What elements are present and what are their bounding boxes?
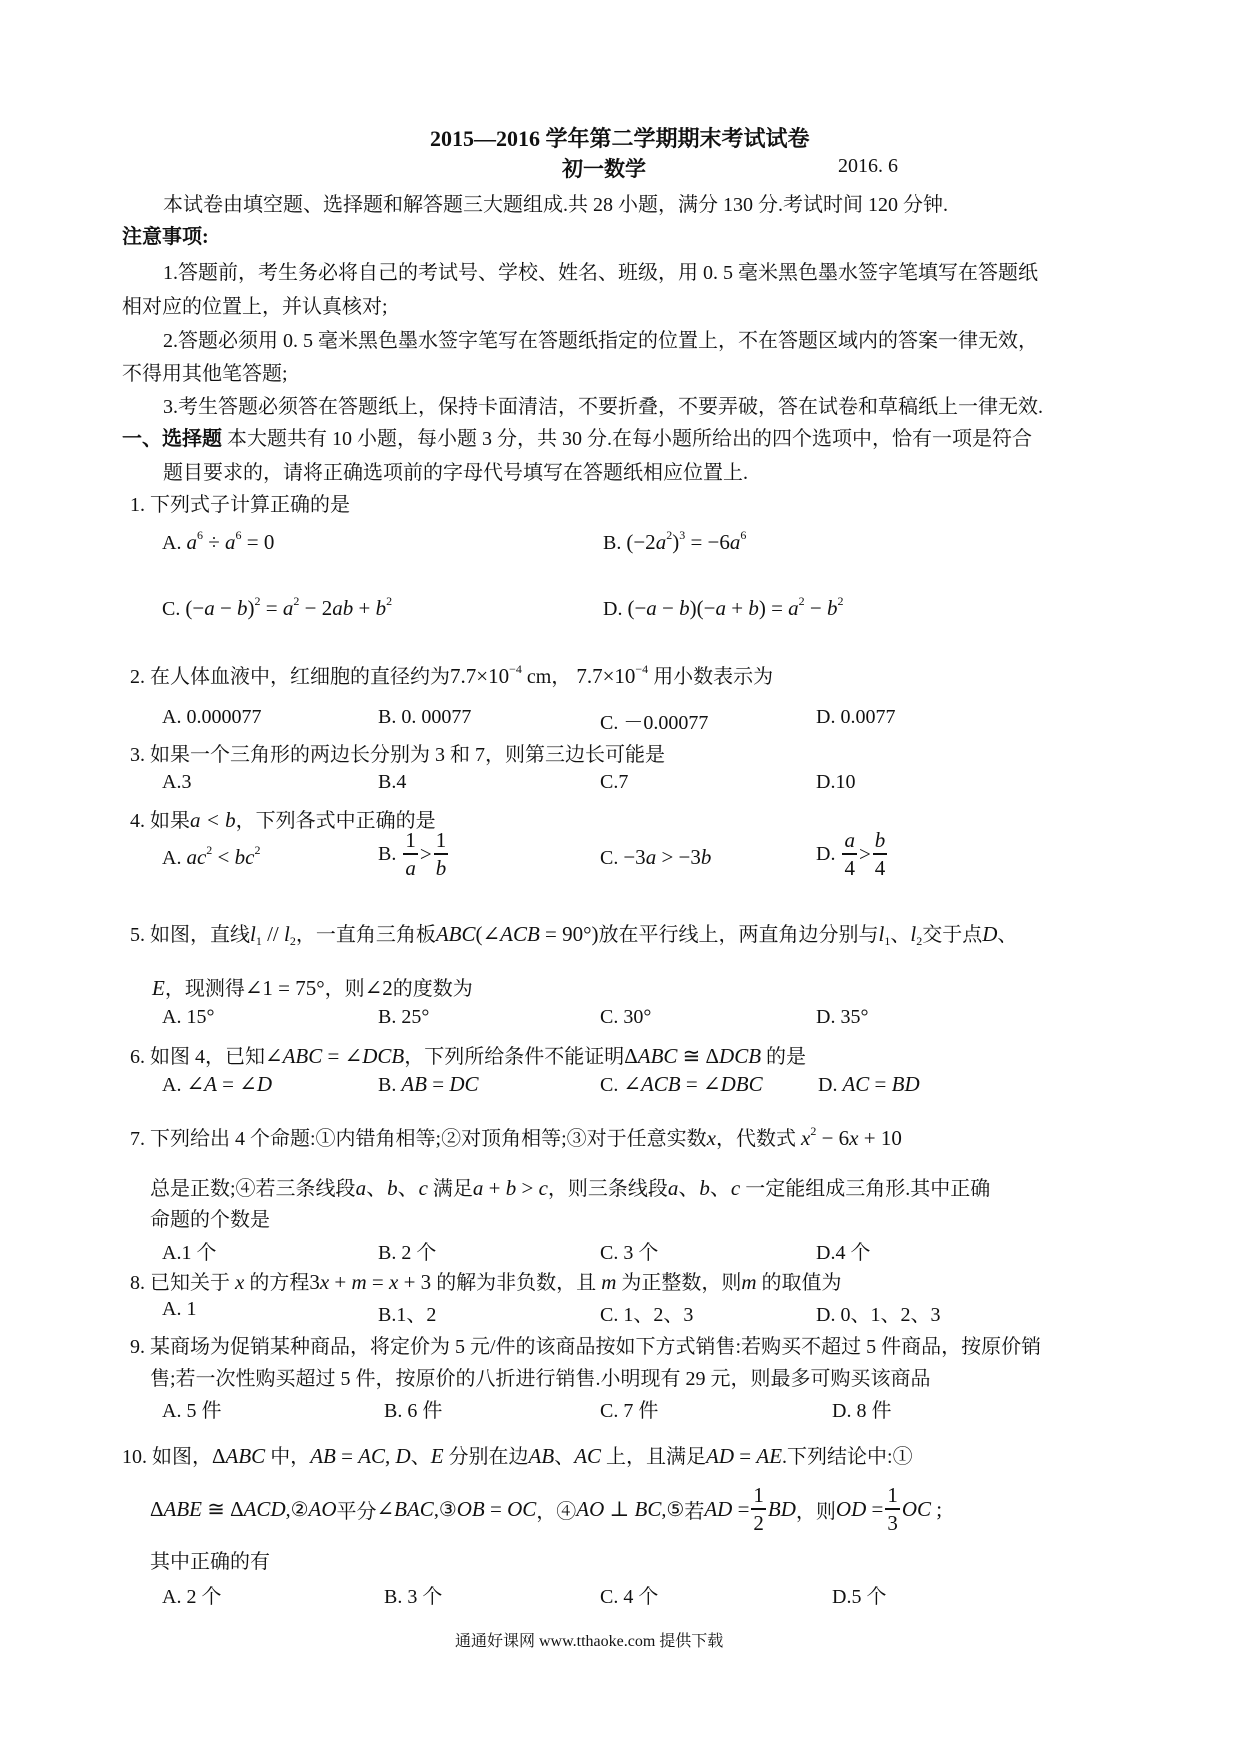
q8-option-c[interactable]: C. 1、2、3: [600, 1298, 693, 1327]
q4-option-b[interactable]: B. 1a>1b: [378, 830, 450, 879]
q8-option-b[interactable]: B.1、2: [378, 1298, 436, 1327]
question-number: 2.: [130, 666, 145, 688]
question-stem: 放在平行线上，两直角边分别与: [599, 924, 879, 946]
q4-option-c[interactable]: C. −3a > −3b: [600, 845, 711, 870]
question-stem: ，下列所给条件不能证明: [404, 1046, 624, 1068]
option-letter: A.: [162, 532, 181, 554]
question-stem: 总是正数;④若三条线段: [150, 1178, 356, 1200]
exam-page: 2015—2016 学年第二学期期末考试试卷 初一数学 2016. 6 本试卷由…: [0, 0, 1240, 1754]
question-stem: cm，: [527, 666, 571, 688]
exam-title: 2015—2016 学年第二学期期末考试试卷: [430, 122, 810, 153]
option-letter: D.: [816, 843, 835, 865]
q7-option-b[interactable]: B. 2 个: [378, 1236, 436, 1265]
question-stem: 在人体血液中，红细胞的直径约为: [150, 666, 450, 688]
question-stem: 的方程: [249, 1272, 309, 1294]
question-stem: 交于点: [922, 924, 982, 946]
page-footer: 通通好课网 www.tthaoke.com 提供下载: [455, 1628, 723, 1651]
question-stem: 上，且满足: [606, 1446, 706, 1468]
exam-intro: 本试卷由填空题、选择题和解答题三大题组成.共 28 小题，满分 130 分.考试…: [163, 188, 948, 217]
q6-option-d[interactable]: D. AC = BD: [818, 1072, 920, 1097]
question-stem: 若: [684, 1501, 704, 1523]
question-4: 4. 如果a < b，下列各式中正确的是: [130, 804, 436, 833]
question-stem: ，则: [325, 978, 365, 1000]
question-number: 6.: [130, 1046, 145, 1068]
question-stem: 下列式子计算正确的是: [150, 494, 350, 516]
question-3: 3. 如果一个三角形的两边长分别为 3 和 7，则第三边长可能是: [130, 738, 665, 767]
section-name: 选择题: [162, 428, 222, 450]
question-5-line-2: E，现测得∠1 = 75°，则∠2的度数为: [152, 972, 473, 1001]
question-7: 7. 下列给出 4 个命题:①内错角相等;②对顶角相等;③对于任意实数x，代数式…: [130, 1122, 902, 1151]
note-1-line-1: 1.答题前，考生务必将自己的考试号、学校、姓名、班级，用 0. 5 毫米黑色墨水…: [163, 256, 1038, 285]
note-3: 3.考生答题必须答在答题纸上，保持卡面清洁，不要折叠，不要弄破，答在试卷和草稿纸…: [163, 390, 1043, 419]
question-10-line-3: 其中正确的有: [150, 1545, 270, 1574]
q7-option-d[interactable]: D.4 个: [816, 1236, 870, 1265]
q3-option-b[interactable]: B.4: [378, 771, 406, 794]
q1-option-d[interactable]: D. (−a − b)(−a + b) = a2 − b2: [603, 596, 844, 621]
section-desc: 本大题共有 10 小题，每小题 3 分，共 30 分.在每小题所给出的四个选项中…: [227, 428, 1032, 450]
q9-option-b[interactable]: B. 6 件: [384, 1394, 442, 1423]
q2-option-b[interactable]: B. 0. 00077: [378, 706, 471, 729]
option-letter: C.: [600, 1074, 618, 1096]
question-stem: 如图，直线: [150, 924, 250, 946]
option-letter: B.: [378, 843, 396, 865]
question-number: 8.: [130, 1272, 145, 1294]
question-9: 9. 某商场为促销某种商品，将定价为 5 元/件的该商品按如下方式销售:若购买不…: [130, 1330, 1041, 1359]
section-desc-line-2: 题目要求的，请将正确选项前的字母代号填写在答题纸相应位置上.: [163, 456, 748, 485]
question-stem: 下列给出 4 个命题:①内错角相等;②对顶角相等;③对于任意实数: [150, 1128, 707, 1150]
question-number: 9.: [130, 1336, 145, 1358]
note-1-line-2: 相对应的位置上，并认真核对;: [122, 290, 388, 319]
q3-option-a[interactable]: A.3: [162, 771, 191, 794]
question-8: 8. 已知关于 x 的方程3x + m = x + 3 的解为非负数，且 m 为…: [130, 1266, 842, 1295]
question-stem: ，现测得: [165, 978, 245, 1000]
q4-option-a[interactable]: A. ac2 < bc2: [162, 845, 260, 870]
q1-option-b[interactable]: B. (−2a2)3 = −6a6: [603, 530, 746, 555]
q5-option-a[interactable]: A. 15°: [162, 1006, 214, 1029]
q4-option-d[interactable]: D. a4>b4: [816, 830, 889, 879]
q10-option-b[interactable]: B. 3 个: [384, 1580, 442, 1609]
q2-option-c[interactable]: C. －0.00077: [600, 706, 708, 735]
q3-option-c[interactable]: C.7: [600, 771, 628, 794]
math-condition: a < b: [190, 808, 236, 832]
q8-option-a[interactable]: A. 1: [162, 1298, 196, 1321]
question-stem: 为正整数，则: [621, 1272, 741, 1294]
q2-option-d[interactable]: D. 0.0077: [816, 706, 895, 729]
q7-option-a[interactable]: A.1 个: [162, 1236, 216, 1265]
q5-option-b[interactable]: B. 25°: [378, 1006, 429, 1029]
question-stem: 、: [997, 924, 1017, 946]
sci-exp: −4: [635, 662, 648, 676]
question-stem: 如图，: [152, 1446, 212, 1468]
question-stem: 的是: [766, 1046, 806, 1068]
question-stem: 已知关于: [150, 1272, 230, 1294]
option-letter: A.: [162, 847, 181, 869]
question-5: 5. 如图，直线l1 // l2，一直角三角板ABC(∠ACB = 90°)放在…: [130, 918, 1017, 947]
question-number: 10.: [122, 1446, 147, 1468]
notes-heading: 注意事项:: [122, 220, 209, 249]
option-letter: A.: [162, 1074, 181, 1096]
question-stem: 某商场为促销某种商品，将定价为 5 元/件的该商品按如下方式销售:若购买不超过 …: [150, 1336, 1041, 1358]
question-10: 10. 如图，ΔABC 中，AB = AC, D、E 分别在边AB、AC 上，且…: [122, 1440, 913, 1469]
option-letter: B.: [378, 1074, 396, 1096]
question-6: 6. 如图 4，已知∠ABC = ∠DCB，下列所给条件不能证明ΔABC ≅ Δ…: [130, 1040, 806, 1069]
question-number: 5.: [130, 924, 145, 946]
question-stem: 满足: [433, 1178, 473, 1200]
question-stem: ，则: [796, 1501, 836, 1523]
question-10-line-2: ΔABE ≅ ΔACD,②AO平分∠BAC,③OB = OC，④AO ⊥ BC,…: [150, 1485, 942, 1534]
question-stem: 中，: [270, 1446, 310, 1468]
sci-base: 7.7×10: [450, 664, 509, 688]
sci-notation: 7.7×10−4: [450, 664, 522, 688]
question-stem: ，一直角三角板: [296, 924, 436, 946]
question-stem: 如图 4，已知: [150, 1046, 265, 1068]
q10-option-d[interactable]: D.5 个: [832, 1580, 886, 1609]
question-stem: .下列结论中:①: [782, 1446, 913, 1468]
q2-option-a[interactable]: A. 0.000077: [162, 706, 261, 729]
question-7-line-2: 总是正数;④若三条线段a、b、c 满足a + b > c，则三条线段a、b、c …: [150, 1172, 990, 1202]
question-7-line-3: 命题的个数是: [150, 1203, 270, 1232]
question-stem: 如果一个三角形的两边长分别为 3 和 7，则第三边长可能是: [150, 744, 665, 766]
subject-label: 初一数学: [562, 153, 646, 183]
q6-option-a[interactable]: A. ∠A = ∠D: [162, 1072, 272, 1097]
q6-option-c[interactable]: C. ∠ACB = ∠DBC: [600, 1072, 763, 1097]
question-stem: 用小数表示为: [653, 666, 773, 688]
q9-option-a[interactable]: A. 5 件: [162, 1394, 221, 1423]
q6-option-b[interactable]: B. AB = DC: [378, 1072, 479, 1097]
question-stem: ，代数式: [716, 1128, 796, 1150]
section-1-header: 一、选择题 本大题共有 10 小题，每小题 3 分，共 30 分.在每小题所给出…: [122, 422, 1032, 451]
question-stem: 如果: [150, 810, 190, 832]
question-stem: 的度数为: [393, 978, 473, 1000]
sci-exp: −4: [509, 662, 522, 676]
q10-option-a[interactable]: A. 2 个: [162, 1580, 221, 1609]
note-2-line-1: 2.答题必须用 0. 5 毫米黑色墨水签字笔写在答题纸指定的位置上，不在答题区域…: [163, 324, 1038, 353]
question-stem: 一定能组成三角形.其中正确: [745, 1178, 990, 1200]
exam-date: 2016. 6: [838, 155, 898, 178]
option-letter: B.: [603, 532, 621, 554]
q5-option-c[interactable]: C. 30°: [600, 1006, 651, 1029]
question-stem: 的取值为: [762, 1272, 842, 1294]
question-9-line-2: 售;若一次性购买超过 5 件，按原价的八折进行销售.小明现有 29 元，则最多可…: [150, 1362, 931, 1391]
q9-option-d[interactable]: D. 8 件: [832, 1394, 891, 1423]
q7-option-c[interactable]: C. 3 个: [600, 1236, 658, 1265]
q1-option-c[interactable]: C. (−a − b)2 = a2 − 2ab + b2: [162, 596, 392, 621]
question-stem: 分别在边: [449, 1446, 529, 1468]
q3-option-d[interactable]: D.10: [816, 771, 855, 794]
sci-base: 7.7×10: [576, 664, 635, 688]
question-number: 3.: [130, 744, 145, 766]
q5-option-d[interactable]: D. 35°: [816, 1006, 868, 1029]
option-letter: C.: [600, 847, 618, 869]
option-letter: D.: [818, 1074, 837, 1096]
q8-option-d[interactable]: D. 0、1、2、3: [816, 1298, 940, 1327]
option-letter: D.: [603, 598, 622, 620]
question-number: 4.: [130, 810, 145, 832]
q10-option-c[interactable]: C. 4 个: [600, 1580, 658, 1609]
question-number: 7.: [130, 1128, 145, 1150]
section-prefix: 一、: [122, 428, 162, 450]
question-1: 1. 下列式子计算正确的是: [130, 488, 350, 517]
option-letter: C.: [162, 598, 180, 620]
q9-option-c[interactable]: C. 7 件: [600, 1394, 658, 1423]
question-number: 1.: [130, 494, 145, 516]
note-2-line-2: 不得用其他笔答题;: [122, 357, 288, 386]
q1-option-a[interactable]: A. a6 ÷ a6 = 0: [162, 530, 274, 555]
question-2: 2. 在人体血液中，红细胞的直径约为7.7×10−4 cm， 7.7×10−4 …: [130, 660, 773, 689]
question-stem: 平分: [337, 1501, 377, 1523]
question-stem: 的解为非负数，且: [436, 1272, 596, 1294]
question-stem: ，则三条线段: [548, 1178, 668, 1200]
